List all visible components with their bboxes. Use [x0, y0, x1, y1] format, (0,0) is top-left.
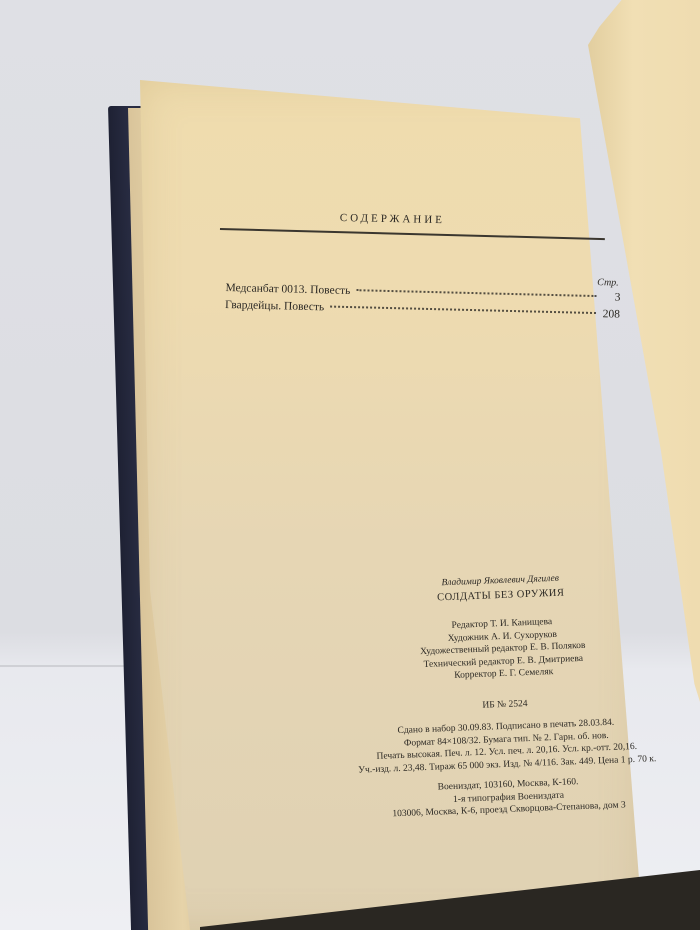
toc-entry-title: Медсанбат 0013. Повесть	[225, 282, 350, 297]
toc-entry-title: Гвардейцы. Повесть	[225, 299, 324, 313]
print-specs: Сдано в набор 30.09.83. Подписано в печа…	[306, 713, 700, 778]
table-of-contents: Стр. Медсанбат 0013. Повесть 3 Гвардейцы…	[225, 268, 621, 323]
toc-entry-page: 208	[602, 308, 620, 320]
ib-number: ИБ № 2524	[305, 691, 700, 719]
publisher-info: Воениздат, 103160, Москва, К-160. 1-я ти…	[308, 771, 700, 824]
credits: Редактор Т. И. Канищева Художник А. И. С…	[302, 610, 700, 688]
toc-entry-page: 3	[602, 291, 620, 303]
colophon: Владимир Яковлевич Дягилев СОЛДАТЫ БЕЗ О…	[300, 567, 700, 824]
toc-heading: СОДЕРЖАНИЕ	[340, 212, 445, 226]
leader-dots	[330, 305, 596, 314]
leader-dots	[356, 288, 596, 297]
